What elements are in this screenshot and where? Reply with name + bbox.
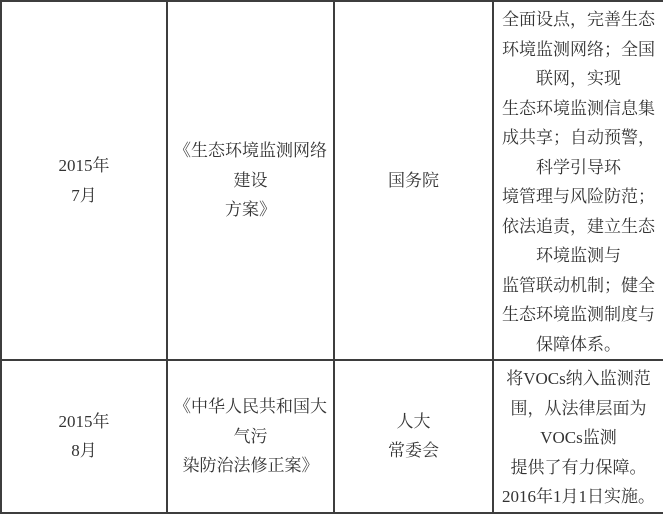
content-line: 成共享；自动预警， xyxy=(494,123,663,153)
table-row: 2015年 8月 《中华人民共和国大 气污 染防治法修正案》 人大 常委会 将V… xyxy=(1,360,663,513)
issuer-cell: 国务院 xyxy=(334,1,493,360)
content-line: 环境监测与 xyxy=(494,241,663,271)
document-line: 《生态环境监测网络 xyxy=(168,136,333,166)
policy-table: 2015年 7月 《生态环境监测网络 建设 方案》 国务院 全面设点，完善生态 … xyxy=(0,0,663,514)
date-cell: 2015年 8月 xyxy=(1,360,167,513)
content-line: 依法追责，建立生态 xyxy=(494,212,663,242)
issuer-line: 常委会 xyxy=(335,436,492,466)
document-line: 方案》 xyxy=(168,195,333,225)
content-line: 全面设点，完善生态 xyxy=(494,5,663,35)
document-line: 《中华人民共和国大 xyxy=(168,392,333,422)
document-line: 建设 xyxy=(168,166,333,196)
content-cell: 全面设点，完善生态 环境监测网络；全国 联网，实现 生态环境监测信息集 成共享；… xyxy=(493,1,663,360)
issuer-line: 国务院 xyxy=(335,166,492,196)
content-line: 生态环境监测信息集 xyxy=(494,94,663,124)
content-line: 生态环境监测制度与 xyxy=(494,300,663,330)
content-cell: 将VOCs纳入监测范 围，从法律层面为 VOCs监测 提供了有力保障。 2016… xyxy=(493,360,663,513)
table-row: 2015年 7月 《生态环境监测网络 建设 方案》 国务院 全面设点，完善生态 … xyxy=(1,1,663,360)
date-line: 2015年 xyxy=(2,407,166,437)
content-line: 监管联动机制；健全 xyxy=(494,271,663,301)
document-cell: 《中华人民共和国大 气污 染防治法修正案》 xyxy=(167,360,334,513)
content-line: 提供了有力保障。 xyxy=(494,453,663,483)
content-line: 2016年1月1日实施。 xyxy=(494,482,663,512)
date-line: 8月 xyxy=(2,436,166,466)
content-line: 联网，实现 xyxy=(494,64,663,94)
issuer-line: 人大 xyxy=(335,407,492,437)
content-line: 保障体系。 xyxy=(494,330,663,360)
content-line: 将VOCs纳入监测范 xyxy=(494,364,663,394)
date-line: 7月 xyxy=(2,181,166,211)
content-line: 环境监测网络；全国 xyxy=(494,35,663,65)
document-cell: 《生态环境监测网络 建设 方案》 xyxy=(167,1,334,360)
table-viewport: 2015年 7月 《生态环境监测网络 建设 方案》 国务院 全面设点，完善生态 … xyxy=(0,0,663,515)
date-cell: 2015年 7月 xyxy=(1,1,167,360)
content-line: 科学引导环 xyxy=(494,153,663,183)
content-line: VOCs监测 xyxy=(494,423,663,453)
date-line: 2015年 xyxy=(2,151,166,181)
content-line: 围，从法律层面为 xyxy=(494,394,663,424)
content-line: 境管理与风险防范； xyxy=(494,182,663,212)
issuer-cell: 人大 常委会 xyxy=(334,360,493,513)
document-line: 气污 xyxy=(168,422,333,452)
document-line: 染防治法修正案》 xyxy=(168,451,333,481)
